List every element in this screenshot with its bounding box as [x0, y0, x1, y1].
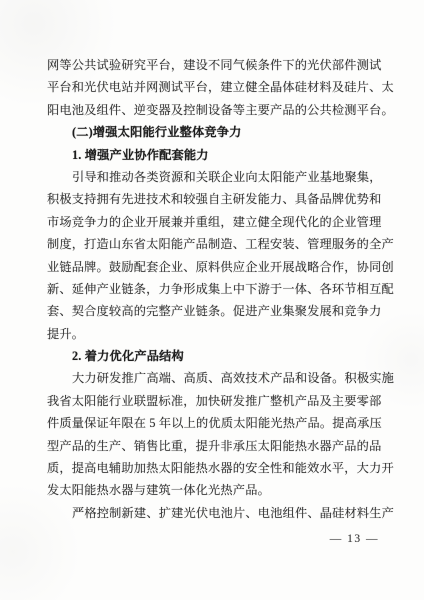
text-line: 业链品牌。鼓励配套企业、原料供应企业开展战略合作，协同创 [47, 256, 387, 278]
text-line: 制度，打造山东省太阳能产品制造、工程安装、管理服务的全产 [47, 233, 387, 255]
text-line: 市场竞争力的企业开展兼并重组，建立健全现代化的企业管理 [47, 211, 387, 233]
text-line: 新、延伸产业链条，力争形成集上中下游于一体、各环节相互配 [47, 278, 387, 300]
text-line: 阳电池及组件、逆变器及控制设备等主要产品的公共检测平台。 [47, 99, 387, 121]
text-line: 大力研发推广高端、高质、高效技术产品和设备。积极实施 [47, 367, 387, 389]
subsection-heading: 1. 增强产业协作配套能力 [47, 144, 387, 166]
text-line: 型产品的生产、销售比重，提升非承压太阳能热水器产品的品 [47, 435, 387, 457]
text-line: 网等公共试验研究平台，建设不同气候条件下的光伏部件测试 [47, 54, 387, 76]
text-line: 发太阳能热水器与建筑一体化光热产品。 [47, 479, 387, 501]
document-body: 网等公共试验研究平台，建设不同气候条件下的光伏部件测试 平台和光伏电站并网测试平… [47, 54, 387, 524]
text-line: 我省太阳能行业联盟标准，加快研发推广整机产品及主要零部 [47, 390, 387, 412]
text-line: 积极支持拥有先进技术和较强自主研发能力、具备品牌优势和 [47, 188, 387, 210]
section-heading: (二)增强太阳能行业整体竞争力 [47, 121, 387, 143]
text-line: 质，提高电辅助加热太阳能热水器的安全性和能效水平，大力开 [47, 457, 387, 479]
text-line: 平台和光伏电站并网测试平台，建立健全晶体硅材料及硅片、太 [47, 76, 387, 98]
document-page: 网等公共试验研究平台，建设不同气候条件下的光伏部件测试 平台和光伏电站并网测试平… [0, 0, 424, 600]
text-line: 提升。 [47, 323, 387, 345]
text-line: 套、契合度较高的完整产业链条。促进产业集聚发展和竞争力 [47, 300, 387, 322]
subsection-heading: 2. 着力优化产品结构 [47, 345, 387, 367]
text-line: 引导和推动各类资源和关联企业向太阳能产业基地聚集， [47, 166, 387, 188]
text-line: 严格控制新建、扩建光伏电池片、电池组件、晶硅材料生产 [47, 502, 387, 524]
page-number: — 13 — [330, 531, 379, 547]
text-line: 件质量保证年限在 5 年以上的优质太阳能光热产品。提高承压 [47, 412, 387, 434]
